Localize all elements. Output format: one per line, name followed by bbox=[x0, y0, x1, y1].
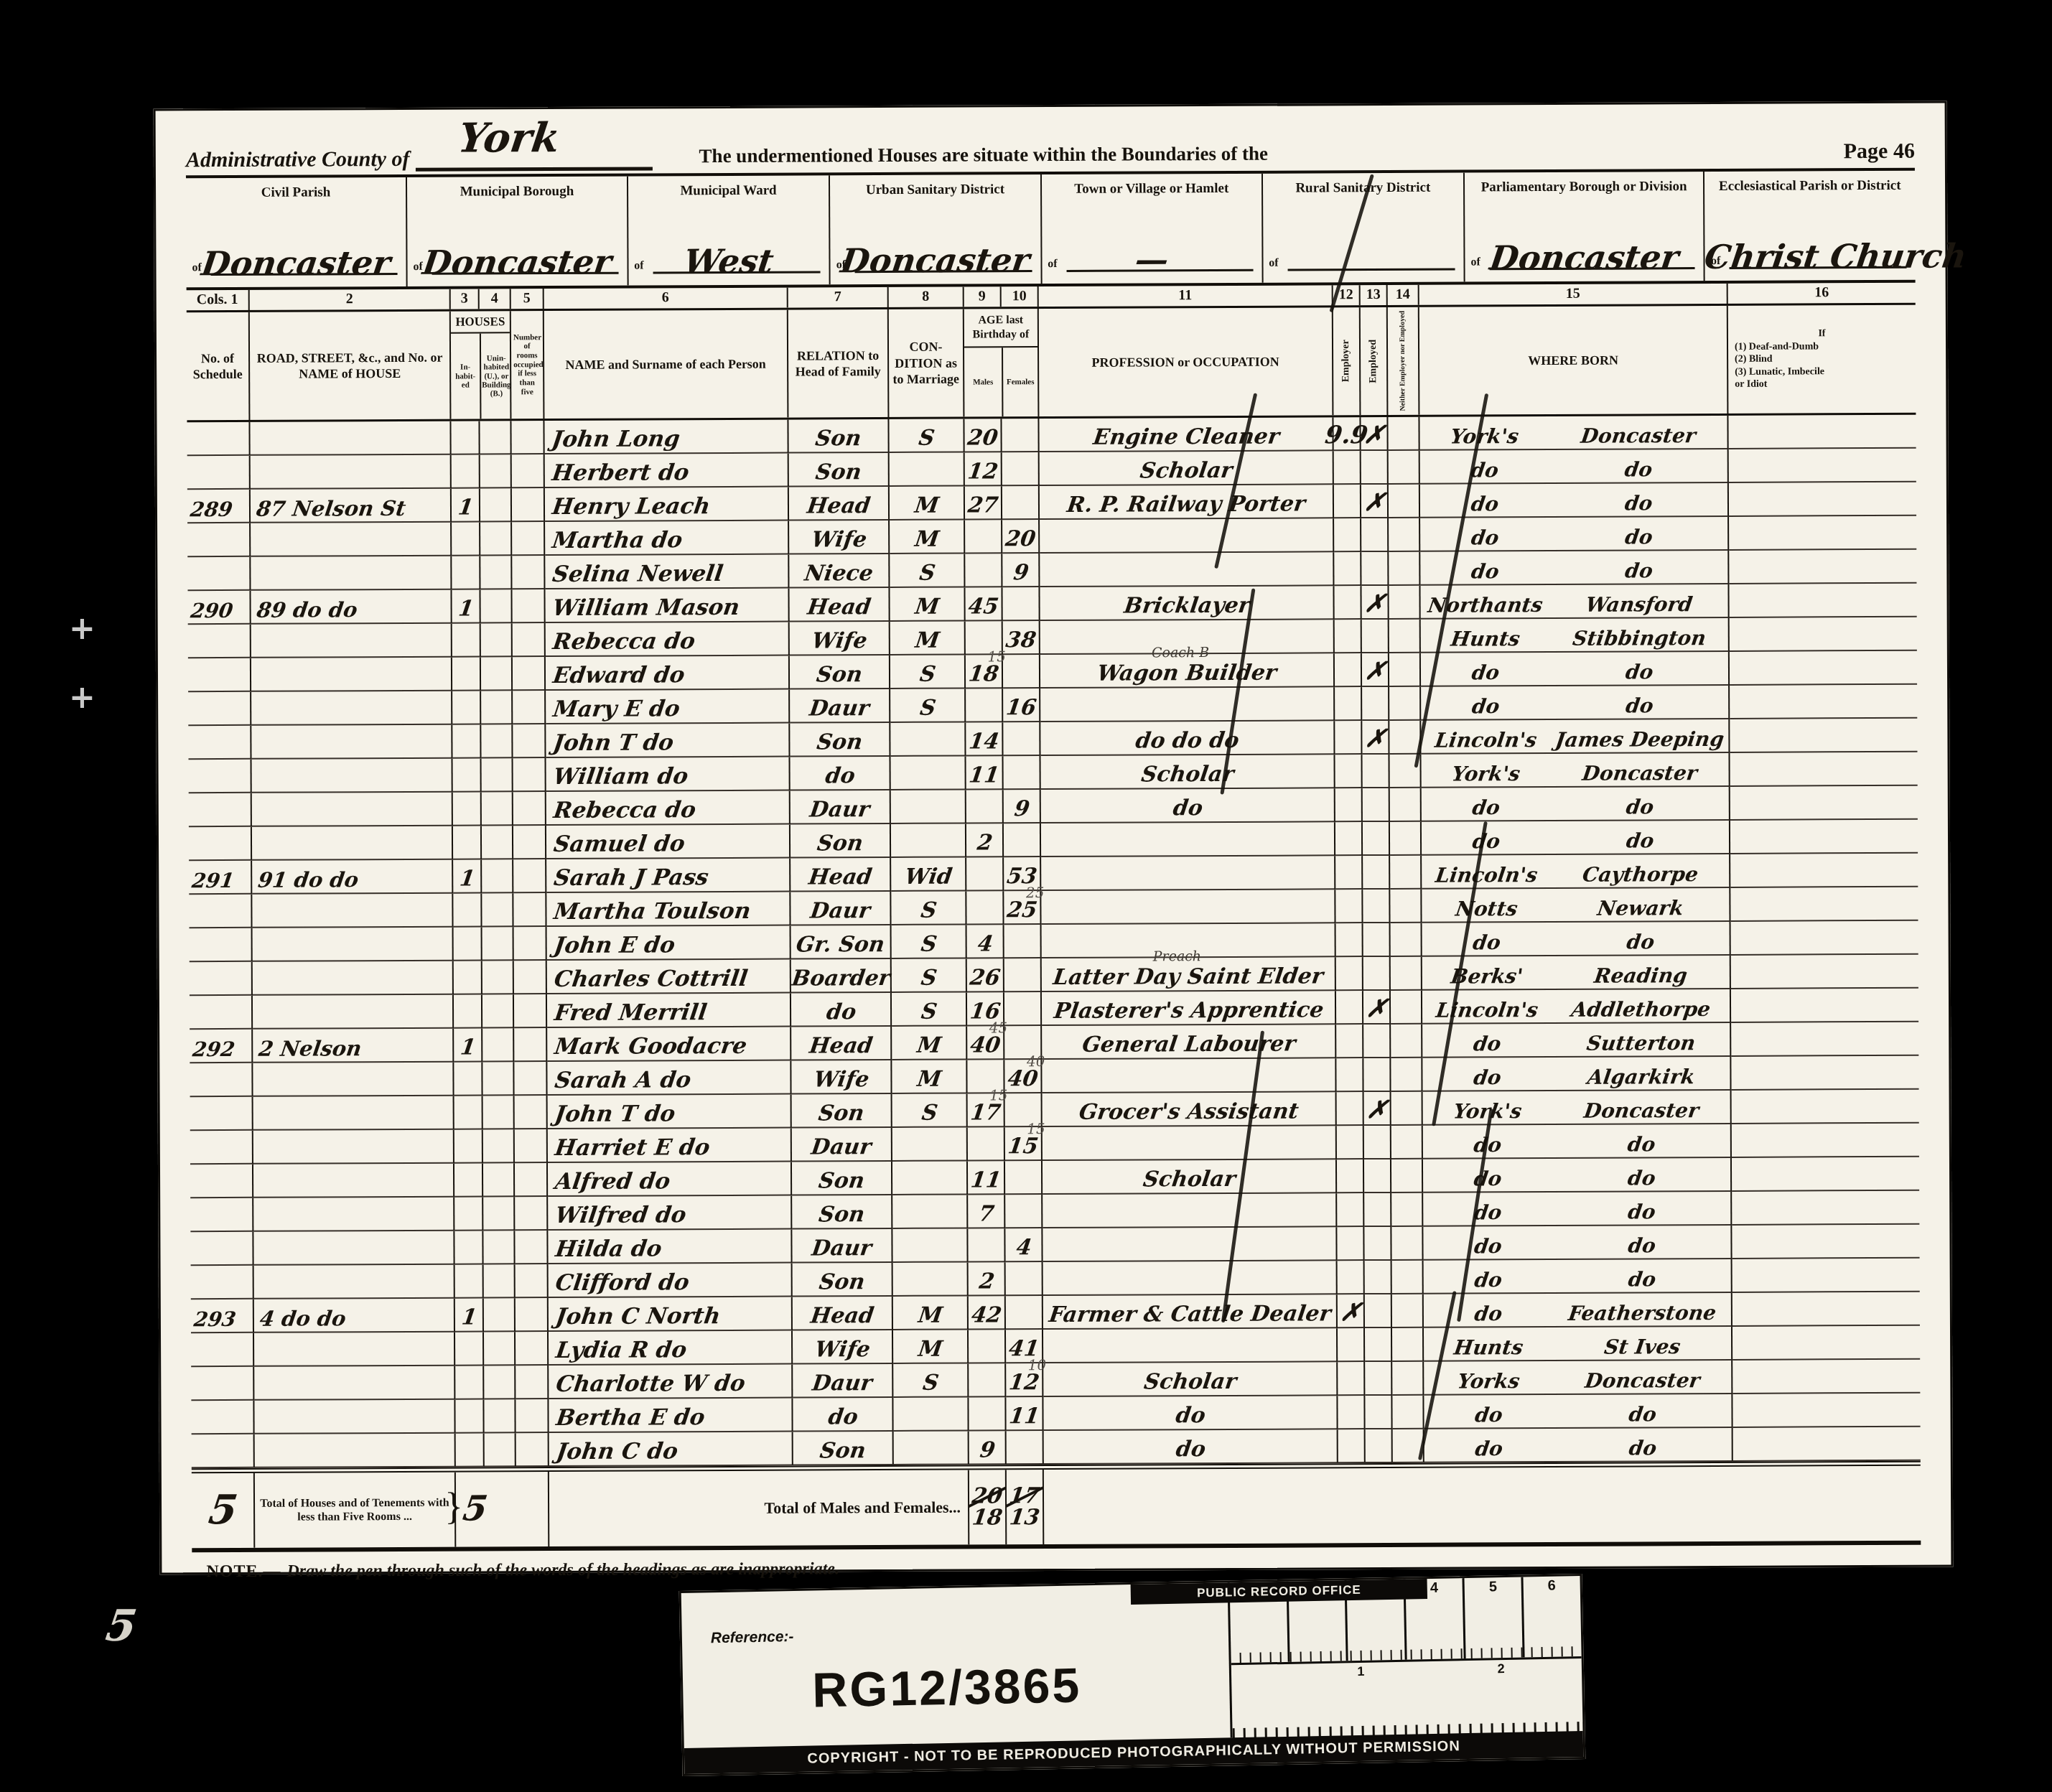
cell-name: Mary E do bbox=[546, 690, 790, 724]
cell-condition: S bbox=[893, 1364, 969, 1398]
cell-name: Harriet E do bbox=[548, 1129, 792, 1163]
cell-name: John C North bbox=[549, 1297, 793, 1332]
cell-occupation: Grocer's Assistant bbox=[1043, 1092, 1337, 1127]
cell-uninh bbox=[483, 1129, 515, 1163]
totals-houses-count: 5 bbox=[456, 1472, 549, 1547]
cell-uninh bbox=[480, 488, 512, 522]
cell-emp bbox=[1335, 890, 1363, 923]
cell-uninh bbox=[482, 927, 514, 961]
col-header-males: Males bbox=[964, 347, 1003, 416]
ruler-cm-label: 1 bbox=[1357, 1664, 1364, 1679]
cell-empd bbox=[1361, 552, 1389, 586]
cell-name: Rebecca do bbox=[546, 791, 791, 826]
cell-address bbox=[255, 1434, 456, 1468]
cell-age_m: 11 bbox=[968, 1161, 1005, 1195]
cell-address bbox=[253, 995, 454, 1030]
cell-inh bbox=[454, 961, 482, 994]
cell-relation: Son bbox=[792, 1195, 892, 1230]
cell-born: dodo bbox=[1423, 1124, 1732, 1159]
cell-uninh bbox=[485, 1433, 516, 1467]
cell-infirm bbox=[1730, 887, 1918, 922]
cell-rooms bbox=[512, 589, 545, 623]
cell-neither bbox=[1389, 653, 1421, 687]
cell-name: Lydia R do bbox=[549, 1331, 793, 1366]
cell-schedule bbox=[189, 760, 252, 793]
cell-age_f: 11 bbox=[1006, 1397, 1043, 1431]
cell-age_f: 4040 bbox=[1004, 1060, 1042, 1093]
cell-name: Martha do bbox=[545, 521, 789, 556]
cell-born: doAlgarkirk bbox=[1422, 1057, 1731, 1092]
cell-age_m: 14 bbox=[966, 722, 1003, 756]
cell-rooms bbox=[514, 927, 547, 961]
district-box: Rural Sanitary Districtof bbox=[1263, 172, 1465, 282]
cell-empd bbox=[1364, 1193, 1391, 1227]
cell-empd bbox=[1363, 788, 1390, 822]
cell-inh bbox=[455, 1332, 484, 1366]
cell-emp bbox=[1335, 856, 1363, 890]
cell-schedule bbox=[191, 1266, 254, 1299]
cell-age_f: 38 bbox=[1003, 621, 1040, 655]
cell-emp bbox=[1337, 1126, 1364, 1159]
cell-empd bbox=[1365, 1328, 1392, 1362]
cell-condition bbox=[894, 1432, 969, 1465]
cell-schedule: 291 bbox=[189, 861, 252, 895]
cell-uninh bbox=[482, 994, 514, 1028]
cell-condition: S bbox=[889, 419, 964, 453]
cell-neither bbox=[1391, 1126, 1423, 1159]
cell-condition bbox=[891, 790, 966, 824]
column-number: 14 bbox=[1388, 285, 1419, 305]
cell-relation: Daur bbox=[791, 892, 891, 926]
cell-condition: S bbox=[890, 554, 965, 588]
cell-condition: M bbox=[890, 521, 965, 554]
margin-plus-mark: + bbox=[69, 679, 95, 716]
cell-occupation: Coach BWagon Builder bbox=[1040, 653, 1335, 689]
cell-occupation: Bricklayer bbox=[1040, 586, 1334, 621]
cell-rooms bbox=[516, 1433, 549, 1467]
cell-rooms bbox=[511, 421, 544, 454]
cell-emp bbox=[1337, 1193, 1364, 1227]
column-number: 6 bbox=[544, 288, 788, 309]
cell-neither bbox=[1391, 1193, 1423, 1227]
cell-born: dodo bbox=[1423, 1158, 1732, 1193]
cell-relation: Son bbox=[789, 453, 890, 487]
cell-neither bbox=[1391, 1092, 1423, 1126]
cell-occupation: Scholar bbox=[1040, 451, 1334, 486]
cell-born: Lincoln'sAddlethorpe bbox=[1422, 989, 1731, 1025]
cell-schedule bbox=[190, 1232, 253, 1266]
cell-occupation: do do do bbox=[1040, 721, 1335, 756]
cell-uninh bbox=[482, 792, 513, 826]
cell-inh bbox=[456, 1433, 485, 1467]
ruler-inch-label: 5 bbox=[1465, 1577, 1525, 1659]
cell-condition: M bbox=[893, 1330, 969, 1364]
cell-neither bbox=[1389, 451, 1420, 485]
cell-emp bbox=[1335, 788, 1363, 822]
cell-emp bbox=[1338, 1261, 1365, 1294]
cell-emp bbox=[1338, 1362, 1365, 1396]
pro-reference-label: Reference:- bbox=[711, 1628, 794, 1647]
cell-uninh bbox=[482, 893, 513, 927]
cell-schedule bbox=[189, 793, 252, 827]
cell-condition: M bbox=[892, 1060, 967, 1094]
cell-rooms bbox=[514, 994, 547, 1028]
cell-relation: Niece bbox=[789, 554, 890, 589]
cell-age_f: 9 bbox=[1002, 554, 1040, 587]
cell-uninh bbox=[483, 1231, 515, 1264]
note-text: Draw the pen through such of the words o… bbox=[286, 1559, 839, 1581]
cell-empd bbox=[1361, 518, 1389, 552]
cell-neither bbox=[1391, 1159, 1423, 1193]
cell-relation: Head bbox=[789, 487, 890, 521]
cell-emp: ✗ bbox=[1338, 1294, 1365, 1328]
cell-condition bbox=[892, 1162, 968, 1195]
cell-infirm bbox=[1732, 1090, 1919, 1124]
cell-address bbox=[251, 691, 452, 726]
cell-relation: Son bbox=[790, 655, 890, 690]
cell-uninh bbox=[481, 724, 513, 758]
totals-empty bbox=[1044, 1466, 1921, 1544]
cell-name: Charlotte W do bbox=[549, 1365, 793, 1399]
cell-born: Berks'Reading bbox=[1422, 956, 1731, 991]
cell-emp bbox=[1334, 586, 1361, 620]
column-number: 2 bbox=[250, 289, 451, 310]
admin-county-underline: York bbox=[415, 138, 652, 171]
cell-relation: Son bbox=[791, 824, 891, 859]
census-form-sheet: Administrative County of York The underm… bbox=[154, 101, 1954, 1575]
cell-relation: Daur bbox=[790, 689, 890, 724]
cell-address: 89 do do bbox=[251, 590, 452, 625]
col-header-neither: Neither Employer nor Employed bbox=[1388, 307, 1420, 415]
cell-empd bbox=[1363, 1058, 1391, 1092]
cell-age_f bbox=[1005, 1195, 1043, 1228]
cell-uninh bbox=[484, 1332, 516, 1366]
cell-name: Selina Newell bbox=[545, 555, 789, 589]
cell-neither bbox=[1390, 890, 1422, 923]
column-number: 10 bbox=[1002, 286, 1039, 307]
cell-born: Lincoln'sCaythorpe bbox=[1422, 854, 1730, 890]
cell-schedule: 289 bbox=[187, 490, 251, 523]
cell-inh bbox=[454, 994, 482, 1028]
cell-schedule bbox=[187, 523, 251, 557]
totals-schedule-count: 5 bbox=[192, 1473, 255, 1548]
cell-occupation: General Labourer bbox=[1042, 1025, 1336, 1060]
totals-houses-label: Total of Houses and of Tenements with le… bbox=[255, 1473, 456, 1548]
cell-rooms bbox=[512, 454, 545, 488]
cell-empd bbox=[1365, 1261, 1392, 1294]
cell-relation: Son bbox=[790, 723, 890, 757]
col-header-condition: CON- DITION as to Marriage bbox=[889, 309, 965, 417]
cell-neither bbox=[1391, 991, 1422, 1025]
cell-born: dodo bbox=[1424, 1259, 1732, 1294]
cell-uninh bbox=[484, 1366, 516, 1399]
form-header: Administrative County of York The underm… bbox=[186, 112, 1915, 173]
cell-address bbox=[252, 826, 453, 861]
cell-age_m: 1815 bbox=[966, 655, 1003, 689]
cell-rooms bbox=[515, 1096, 548, 1129]
cell-age_m bbox=[966, 689, 1003, 722]
cell-address bbox=[254, 1366, 455, 1401]
cell-uninh bbox=[482, 1062, 514, 1096]
cell-address bbox=[251, 523, 452, 557]
cell-address bbox=[252, 894, 453, 928]
cell-born: dodo bbox=[1424, 1428, 1733, 1463]
cell-occupation bbox=[1041, 822, 1335, 857]
cell-emp bbox=[1336, 957, 1363, 991]
cell-infirm bbox=[1729, 584, 1916, 618]
cell-address bbox=[251, 455, 452, 490]
cell-rooms bbox=[516, 1332, 549, 1366]
cell-relation: Head bbox=[793, 1297, 893, 1331]
cell-uninh bbox=[481, 691, 513, 724]
cell-neither bbox=[1391, 1058, 1422, 1092]
cell-empd: ✗ bbox=[1363, 991, 1391, 1025]
cell-infirm bbox=[1731, 1056, 1918, 1091]
cell-infirm bbox=[1731, 1022, 1918, 1057]
admin-county-label: Administrative County of bbox=[186, 147, 410, 172]
cell-neither bbox=[1389, 721, 1421, 755]
cell-age_m bbox=[969, 1397, 1006, 1431]
cell-name: John E do bbox=[547, 926, 791, 961]
cell-age_m bbox=[966, 891, 1004, 925]
cell-uninh bbox=[481, 623, 513, 657]
cell-relation: Daur bbox=[792, 1229, 892, 1264]
scanned-census-page: { "page": { "admin_county_label": "Admin… bbox=[0, 0, 2052, 1792]
cell-born: doFeatherstone bbox=[1424, 1293, 1732, 1328]
houses-group-label: HOUSES bbox=[451, 311, 510, 334]
cell-name: Sarah J Pass bbox=[546, 859, 791, 893]
margin-footer-mark: 5 bbox=[103, 1601, 140, 1651]
cell-age_m: 4045 bbox=[967, 1026, 1004, 1060]
cell-uninh bbox=[484, 1399, 516, 1433]
cell-age_m: 2 bbox=[966, 823, 1004, 857]
cell-empd: ✗ bbox=[1361, 485, 1389, 518]
cell-empd: ✗ bbox=[1364, 1092, 1391, 1126]
cell-emp bbox=[1338, 1328, 1365, 1362]
cell-empd bbox=[1362, 620, 1389, 653]
cell-age_f bbox=[1004, 992, 1042, 1026]
cell-infirm bbox=[1732, 1326, 1920, 1361]
cell-name: Bertha E do bbox=[549, 1399, 793, 1433]
column-number: 11 bbox=[1039, 285, 1333, 307]
col-header-relation: RELATION to Head of Family bbox=[788, 309, 890, 418]
cell-empd bbox=[1366, 1429, 1393, 1463]
cell-uninh bbox=[484, 1298, 516, 1332]
cell-rooms bbox=[513, 792, 546, 826]
cell-infirm bbox=[1732, 1259, 1920, 1293]
cell-uninh bbox=[480, 421, 511, 454]
cell-address bbox=[253, 1198, 454, 1232]
cell-rooms bbox=[513, 859, 546, 893]
cell-neither bbox=[1392, 1261, 1424, 1294]
margin-plus-mark: + bbox=[69, 610, 95, 647]
cell-schedule: 290 bbox=[187, 591, 251, 625]
cell-emp bbox=[1337, 1227, 1364, 1261]
pro-copyright: COPYRIGHT - NOT TO BE REPRODUCED PHOTOGR… bbox=[684, 1731, 1583, 1774]
census-rows: John LongSonS20Engine Cleaner9.9✗York'sD… bbox=[187, 415, 1920, 1468]
cell-condition: M bbox=[890, 588, 965, 622]
cell-relation: Gr. Son bbox=[791, 925, 892, 960]
cell-name: Herbert do bbox=[545, 454, 789, 488]
cell-infirm bbox=[1730, 651, 1917, 686]
cell-rooms bbox=[513, 657, 546, 691]
cell-occupation bbox=[1043, 1126, 1337, 1161]
district-header-row: Civil ParishofDoncasterMunicipal Borough… bbox=[186, 168, 1916, 291]
cell-inh bbox=[453, 826, 482, 859]
cell-uninh bbox=[481, 657, 513, 691]
cell-age_f bbox=[1004, 823, 1041, 857]
cell-condition: S bbox=[890, 689, 966, 723]
cell-infirm bbox=[1728, 415, 1916, 449]
cell-occupation: do bbox=[1044, 1429, 1338, 1465]
cell-infirm bbox=[1731, 989, 1918, 1023]
admin-county-value: York bbox=[455, 114, 563, 162]
cell-occupation bbox=[1040, 518, 1334, 554]
cell-age_m bbox=[965, 554, 1002, 587]
cell-occupation: Engine Cleaner bbox=[1039, 417, 1333, 452]
cell-empd: ✗ bbox=[1361, 586, 1389, 620]
cell-name: Wilfred do bbox=[548, 1196, 792, 1231]
cell-age_m: 26 bbox=[967, 958, 1004, 992]
totals-males-females-label: Total of Males and Females... bbox=[549, 1470, 969, 1547]
cell-empd bbox=[1365, 1362, 1392, 1396]
cell-inh bbox=[454, 1062, 482, 1096]
column-number: 13 bbox=[1361, 285, 1388, 305]
cell-rooms bbox=[512, 522, 545, 556]
cell-emp bbox=[1334, 518, 1361, 552]
totals-males: 20 18 bbox=[969, 1470, 1007, 1544]
cell-rooms bbox=[513, 623, 546, 657]
cell-empd bbox=[1364, 1126, 1391, 1159]
cell-inh bbox=[455, 1399, 484, 1433]
cell-name: Henry Leach bbox=[545, 487, 789, 522]
district-box: Municipal WardofWest bbox=[628, 175, 831, 285]
cell-occupation: Scholar bbox=[1043, 1362, 1338, 1397]
cell-neither bbox=[1392, 1294, 1424, 1328]
cell-condition bbox=[890, 453, 965, 487]
cell-infirm bbox=[1730, 786, 1918, 821]
cell-emp bbox=[1334, 552, 1361, 586]
cell-emp bbox=[1335, 620, 1362, 653]
col-header-employed: Employed bbox=[1361, 307, 1389, 415]
col-header-inhabited: In-habit-ed bbox=[451, 334, 482, 419]
cell-infirm bbox=[1731, 955, 1918, 989]
column-number: 3 bbox=[451, 289, 480, 309]
cell-inh: 1 bbox=[452, 589, 480, 623]
district-box: Urban Sanitary DistrictofDoncaster bbox=[830, 174, 1042, 284]
cell-rooms bbox=[516, 1399, 549, 1433]
col-header-name: NAME and Surname of each Person bbox=[544, 310, 789, 419]
situate-text: The undermentioned Houses are situate wi… bbox=[699, 143, 1268, 170]
cell-condition: S bbox=[890, 655, 966, 689]
cell-inh bbox=[452, 623, 481, 657]
cell-occupation bbox=[1040, 552, 1334, 587]
column-number: 5 bbox=[511, 289, 544, 309]
cell-age_m: 2 bbox=[969, 1262, 1006, 1296]
totals-females: 17 13 bbox=[1007, 1470, 1044, 1544]
cell-schedule bbox=[190, 1063, 253, 1097]
cell-address bbox=[253, 928, 454, 962]
cell-infirm bbox=[1729, 482, 1916, 517]
cell-relation: Son bbox=[792, 1162, 892, 1196]
cell-infirm bbox=[1732, 1225, 1919, 1259]
cell-address bbox=[253, 1130, 454, 1165]
cell-address bbox=[251, 725, 452, 760]
col-header-rooms: Number of rooms occupied if less than fi… bbox=[511, 311, 545, 419]
cell-emp: 9.9 bbox=[1333, 417, 1361, 451]
cell-schedule: 292 bbox=[190, 1030, 253, 1063]
totals-row: 5 Total of Houses and of Tenements with … bbox=[192, 1461, 1921, 1549]
ruler-cm-label: 2 bbox=[1498, 1661, 1505, 1676]
cell-rooms bbox=[513, 758, 546, 792]
cell-condition bbox=[893, 1263, 969, 1297]
cell-occupation: PreachLatter Day Saint Elder bbox=[1042, 957, 1336, 992]
cell-condition: Wid bbox=[891, 858, 966, 892]
cell-age_m: 27 bbox=[965, 486, 1002, 520]
column-number: 8 bbox=[889, 287, 964, 307]
cell-schedule bbox=[192, 1434, 255, 1468]
cell-emp bbox=[1334, 485, 1361, 518]
cell-address bbox=[253, 1096, 454, 1131]
col-header-infirmities: If (1) Deaf-and-Dumb (2) Blind (3) Lunat… bbox=[1728, 305, 1916, 414]
cell-age_f: 20 bbox=[1002, 520, 1040, 554]
cell-inh bbox=[454, 1197, 483, 1231]
cell-age_m bbox=[969, 1363, 1006, 1397]
cell-infirm bbox=[1733, 1427, 1921, 1462]
cell-relation: Son bbox=[793, 1432, 894, 1466]
cell-condition bbox=[892, 1229, 968, 1263]
cell-schedule bbox=[188, 692, 251, 726]
cell-relation: do bbox=[791, 993, 892, 1027]
cell-schedule bbox=[188, 726, 251, 760]
cell-rooms bbox=[516, 1264, 549, 1298]
cell-empd bbox=[1365, 1294, 1392, 1328]
cell-age_m bbox=[968, 1228, 1005, 1262]
cell-inh bbox=[452, 454, 480, 488]
cell-age_f bbox=[1002, 587, 1040, 621]
cell-schedule bbox=[190, 928, 253, 962]
cell-age_m: 45 bbox=[965, 587, 1002, 621]
cell-name: Edward do bbox=[546, 656, 790, 691]
cell-neither bbox=[1391, 923, 1422, 957]
cell-age_f bbox=[1002, 452, 1040, 486]
column-number: 15 bbox=[1419, 284, 1728, 305]
cell-empd bbox=[1364, 1227, 1391, 1261]
cell-age_f: 4 bbox=[1005, 1228, 1043, 1262]
cell-age_m bbox=[966, 790, 1004, 823]
cell-relation: Wife bbox=[791, 1060, 892, 1095]
brace-glyph: } bbox=[444, 1484, 463, 1529]
cell-schedule bbox=[188, 625, 251, 658]
cell-neither bbox=[1392, 1328, 1424, 1362]
cell-inh: 1 bbox=[453, 859, 482, 893]
cell-neither bbox=[1389, 586, 1420, 620]
col-header-employer: Employer bbox=[1333, 307, 1361, 415]
cell-condition: S bbox=[891, 892, 966, 925]
cell-address bbox=[250, 421, 451, 456]
cell-address: 2 Nelson bbox=[253, 1029, 454, 1063]
public-record-office-stamp: PUBLIC RECORD OFFICE Reference:- RG12/38… bbox=[679, 1574, 1586, 1776]
cell-rooms bbox=[515, 1129, 548, 1163]
cell-occupation bbox=[1043, 1227, 1337, 1262]
col-header-age: AGE last Birthday of Males Females bbox=[964, 309, 1040, 416]
cell-emp bbox=[1337, 1159, 1364, 1193]
cell-name: William Mason bbox=[545, 589, 789, 623]
col-header-profession: PROFESSION or OCCUPATION bbox=[1039, 307, 1334, 416]
cell-schedule: 293 bbox=[191, 1299, 254, 1333]
cell-infirm bbox=[1730, 685, 1917, 719]
cell-empd bbox=[1363, 1025, 1391, 1058]
